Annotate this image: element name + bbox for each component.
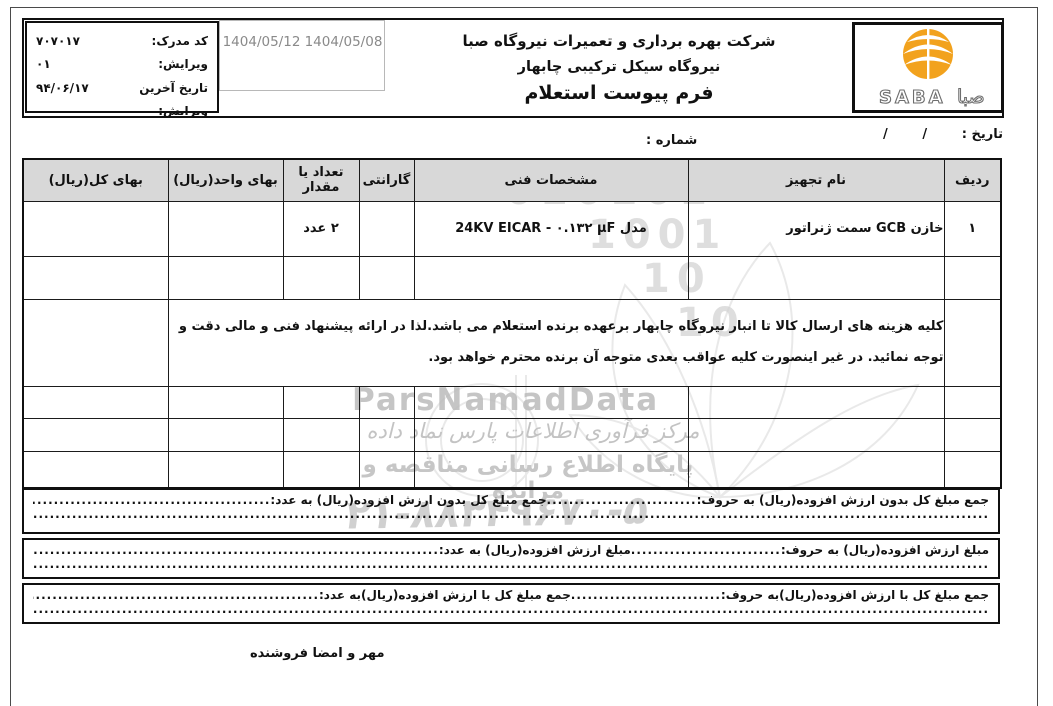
row-number-cell: [944, 299, 1001, 386]
header-titles: شرکت بهره برداری و تعمیرات نیروگاه صبا ن…: [386, 26, 852, 104]
empty-cell: [168, 451, 283, 488]
vat-amount-strip: مبلغ ارزش افزوده(ریال) به حروف: ........…: [22, 538, 1000, 579]
date-stamp-cell: 1404/05/08: [303, 20, 385, 91]
dotted-fill-line: ........................................…: [33, 507, 989, 521]
doc-code-value: ۷۰۷۰۱۷: [36, 30, 80, 53]
empty-cell: [23, 386, 168, 418]
empty-cell: [23, 451, 168, 488]
empty-cell: [283, 418, 359, 451]
date-field: تاریخ : / /: [883, 127, 1003, 142]
plant-name: نیروگاه سیکل ترکیبی چابهار: [386, 59, 852, 75]
form-title: فرم پیوست استعلام: [386, 82, 852, 104]
doc-code-label: کد مدرک:: [152, 30, 208, 53]
document-code-box: کد مدرک: ۷۰۷۰۱۷ ویرایش: ۰۱ تاریخ آخرین و…: [25, 21, 219, 113]
empty-cell: [359, 386, 414, 418]
date-stamp-cell: 1404/05/12: [219, 20, 304, 91]
col-header-equipment: نام تجهیز: [688, 159, 944, 201]
vat-amount-line: مبلغ ارزش افزوده(ریال) به حروف: ........…: [33, 543, 989, 557]
empty-cell: [168, 256, 283, 299]
doc-last-revision-label: تاریخ آخرین ویرایش:: [89, 77, 208, 124]
empty-cell: [283, 451, 359, 488]
shipping-note: کلیه هزینه های ارسال کالا تا انبار نیروگ…: [168, 299, 944, 386]
svg-text:صبا: صبا: [957, 86, 985, 108]
total-without-vat-words-label: جمع مبلغ کل بدون ارزش افزوده(ریال) به حر…: [697, 493, 989, 507]
header-band: کد مدرک: ۷۰۷۰۱۷ ویرایش: ۰۱ تاریخ آخرین و…: [22, 18, 1004, 118]
row-number-cell: [944, 386, 1001, 418]
doc-revision-value: ۰۱: [36, 53, 51, 76]
row-number-cell: [944, 256, 1001, 299]
total-with-vat-line: جمع مبلغ کل با ارزش افزوده(ریال)به حروف:…: [33, 588, 989, 602]
doc-code-line: کد مدرک: ۷۰۷۰۱۷: [27, 30, 217, 53]
col-header-warranty: گارانتی: [359, 159, 414, 201]
empty-cell: [23, 299, 168, 386]
inquiry-form-page: 010101 1001 10 10 ParsNamadData مرکز فرآ…: [0, 0, 1053, 706]
svg-text:SABA: SABA: [879, 87, 946, 108]
unit-price-cell: [168, 201, 283, 256]
number-field: شماره :: [646, 133, 697, 148]
company-name: شرکت بهره برداری و تعمیرات نیروگاه صبا: [386, 32, 852, 50]
empty-cell: [23, 256, 168, 299]
empty-cell: [359, 418, 414, 451]
empty-cell: [414, 418, 688, 451]
row-number-cell: [944, 418, 1001, 451]
date-slash: /: [883, 127, 888, 142]
row-number-cell: [944, 451, 1001, 488]
note-row: کلیه هزینه های ارسال کالا تا انبار نیروگ…: [23, 299, 1001, 386]
doc-revision-line: ویرایش: ۰۱: [27, 53, 217, 76]
table-row: [23, 451, 1001, 488]
number-label: شماره :: [646, 133, 697, 148]
total-without-vat-line: جمع مبلغ کل بدون ارزش افزوده(ریال) به حر…: [33, 493, 989, 507]
empty-cell: [414, 386, 688, 418]
doc-last-revision-value: ۹۴/۰۶/۱۷: [36, 77, 89, 124]
table-row: ۱ خازن GCB سمت ژنراتور مدل 24KV EICAR - …: [23, 201, 1001, 256]
dotted-fill-line: ........................................…: [33, 602, 989, 616]
vat-words-label: مبلغ ارزش افزوده(ریال) به حروف:: [781, 543, 989, 557]
total-with-vat-strip: جمع مبلغ کل با ارزش افزوده(ریال)به حروف:…: [22, 583, 1000, 624]
empty-cell: [359, 256, 414, 299]
empty-cell: [359, 451, 414, 488]
total-without-vat-digits-label: جمع مبلغ کل بدون ارزش افزوده(ریال) به عد…: [270, 493, 546, 507]
specs-cell: مدل 24KV EICAR - ۰.۱۳۲ μF: [414, 201, 688, 256]
items-table: ردیف نام تجهیز مشخصات فنی گارانتی تعداد …: [22, 158, 1002, 489]
empty-cell: [283, 386, 359, 418]
doc-revision-label: ویرایش:: [158, 53, 208, 76]
empty-cell: [283, 256, 359, 299]
col-header-row-no: ردیف: [944, 159, 1001, 201]
seller-signature-label: مهر و امضا فروشنده: [250, 646, 385, 661]
col-header-quantity: تعداد یا مقدار: [283, 159, 359, 201]
dotted-fill-line: ........................................…: [33, 557, 989, 571]
row-number-cell: ۱: [944, 201, 1001, 256]
empty-cell: [168, 386, 283, 418]
dotted-fill: ........................................…: [33, 543, 439, 557]
dotted-fill: ........................................…: [33, 588, 319, 602]
empty-cell: [688, 418, 944, 451]
total-with-vat-digits-label: جمع مبلغ کل با ارزش افزوده(ریال)به عدد:: [319, 588, 571, 602]
total-without-vat-strip: جمع مبلغ کل بدون ارزش افزوده(ریال) به حر…: [22, 488, 1000, 534]
doc-last-revision-line: تاریخ آخرین ویرایش: ۹۴/۰۶/۱۷: [27, 77, 217, 124]
date-label: تاریخ :: [962, 127, 1003, 142]
col-header-total-price: بهای کل(ریال): [23, 159, 168, 201]
table-row: [23, 256, 1001, 299]
col-header-unit-price: بهای واحد(ریال): [168, 159, 283, 201]
dotted-fill: ........................................…: [631, 543, 781, 557]
table-header-row: ردیف نام تجهیز مشخصات فنی گارانتی تعداد …: [23, 159, 1001, 201]
table-row: [23, 386, 1001, 418]
table-row: [23, 418, 1001, 451]
empty-cell: [688, 386, 944, 418]
dotted-fill: ........................................…: [33, 493, 270, 507]
date-slash: /: [922, 127, 927, 142]
dotted-fill: ........................................…: [547, 493, 697, 507]
company-logo-box: SABA صبا: [852, 22, 1004, 113]
total-with-vat-words-label: جمع مبلغ کل با ارزش افزوده(ریال)به حروف:: [721, 588, 989, 602]
col-header-specs: مشخصات فنی: [414, 159, 688, 201]
vat-digits-label: مبلغ ارزش افزوده(ریال) به عدد:: [439, 543, 631, 557]
empty-cell: [414, 256, 688, 299]
equipment-cell: خازن GCB سمت ژنراتور: [688, 201, 944, 256]
empty-cell: [414, 451, 688, 488]
empty-cell: [688, 451, 944, 488]
empty-cell: [168, 418, 283, 451]
empty-cell: [688, 256, 944, 299]
quantity-cell: ۲ عدد: [283, 201, 359, 256]
warranty-cell: [359, 201, 414, 256]
total-price-cell: [23, 201, 168, 256]
dotted-fill: ........................................…: [571, 588, 721, 602]
saba-logo-icon: SABA صبا: [857, 26, 999, 110]
empty-cell: [23, 418, 168, 451]
